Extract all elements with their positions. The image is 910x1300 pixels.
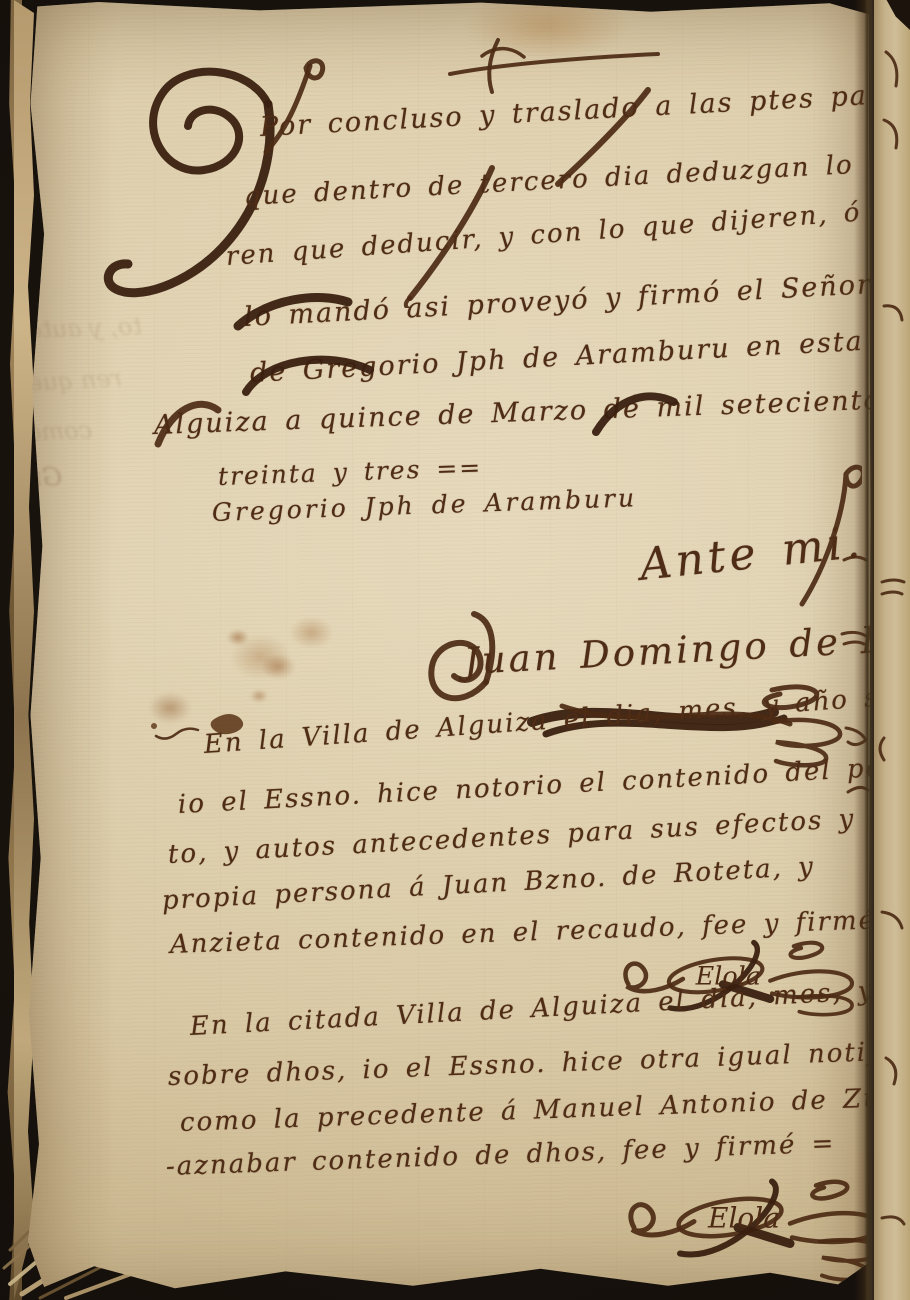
decree-line: treinta y tres == [217,453,482,491]
adjacent-folio-edge [874,0,910,1300]
notification2-line: En la citada Villa de Alguiza el dia, me… [189,973,910,1042]
word-swash [236,340,386,410]
manuscript-photo: En la Villa de Alguiza el dia, mes, y añ… [0,0,910,1300]
elola-rubric-name: Elola [707,1202,780,1235]
word-swash [230,280,360,340]
word-swash [588,382,683,442]
verso-bleedthrough-line: Gregorio Jph de Aramburu [0,462,63,503]
alcalde-signature: Gregorio Jph de Aramburu [211,483,637,527]
notification2-line: sobre dhos, io el Essno. hice otra igual… [167,1034,910,1092]
verso-bleedthrough-line: Anzieta contenido en el recaudo, fee y f… [0,508,2,553]
manuscript-page: En la Villa de Alguiza el dia, mes, y añ… [22,0,872,1300]
verso-bleedthrough-line: sobre dhos, io el Essno. hice otra igual… [0,258,12,304]
word-swash [148,386,228,456]
verso-bleedthrough-line: que dentro de tercero dia deduzgan lo qu… [0,150,2,196]
binding-frayed-edge-light [14,0,34,1300]
adjacent-folio-ink-marks [874,0,910,1300]
